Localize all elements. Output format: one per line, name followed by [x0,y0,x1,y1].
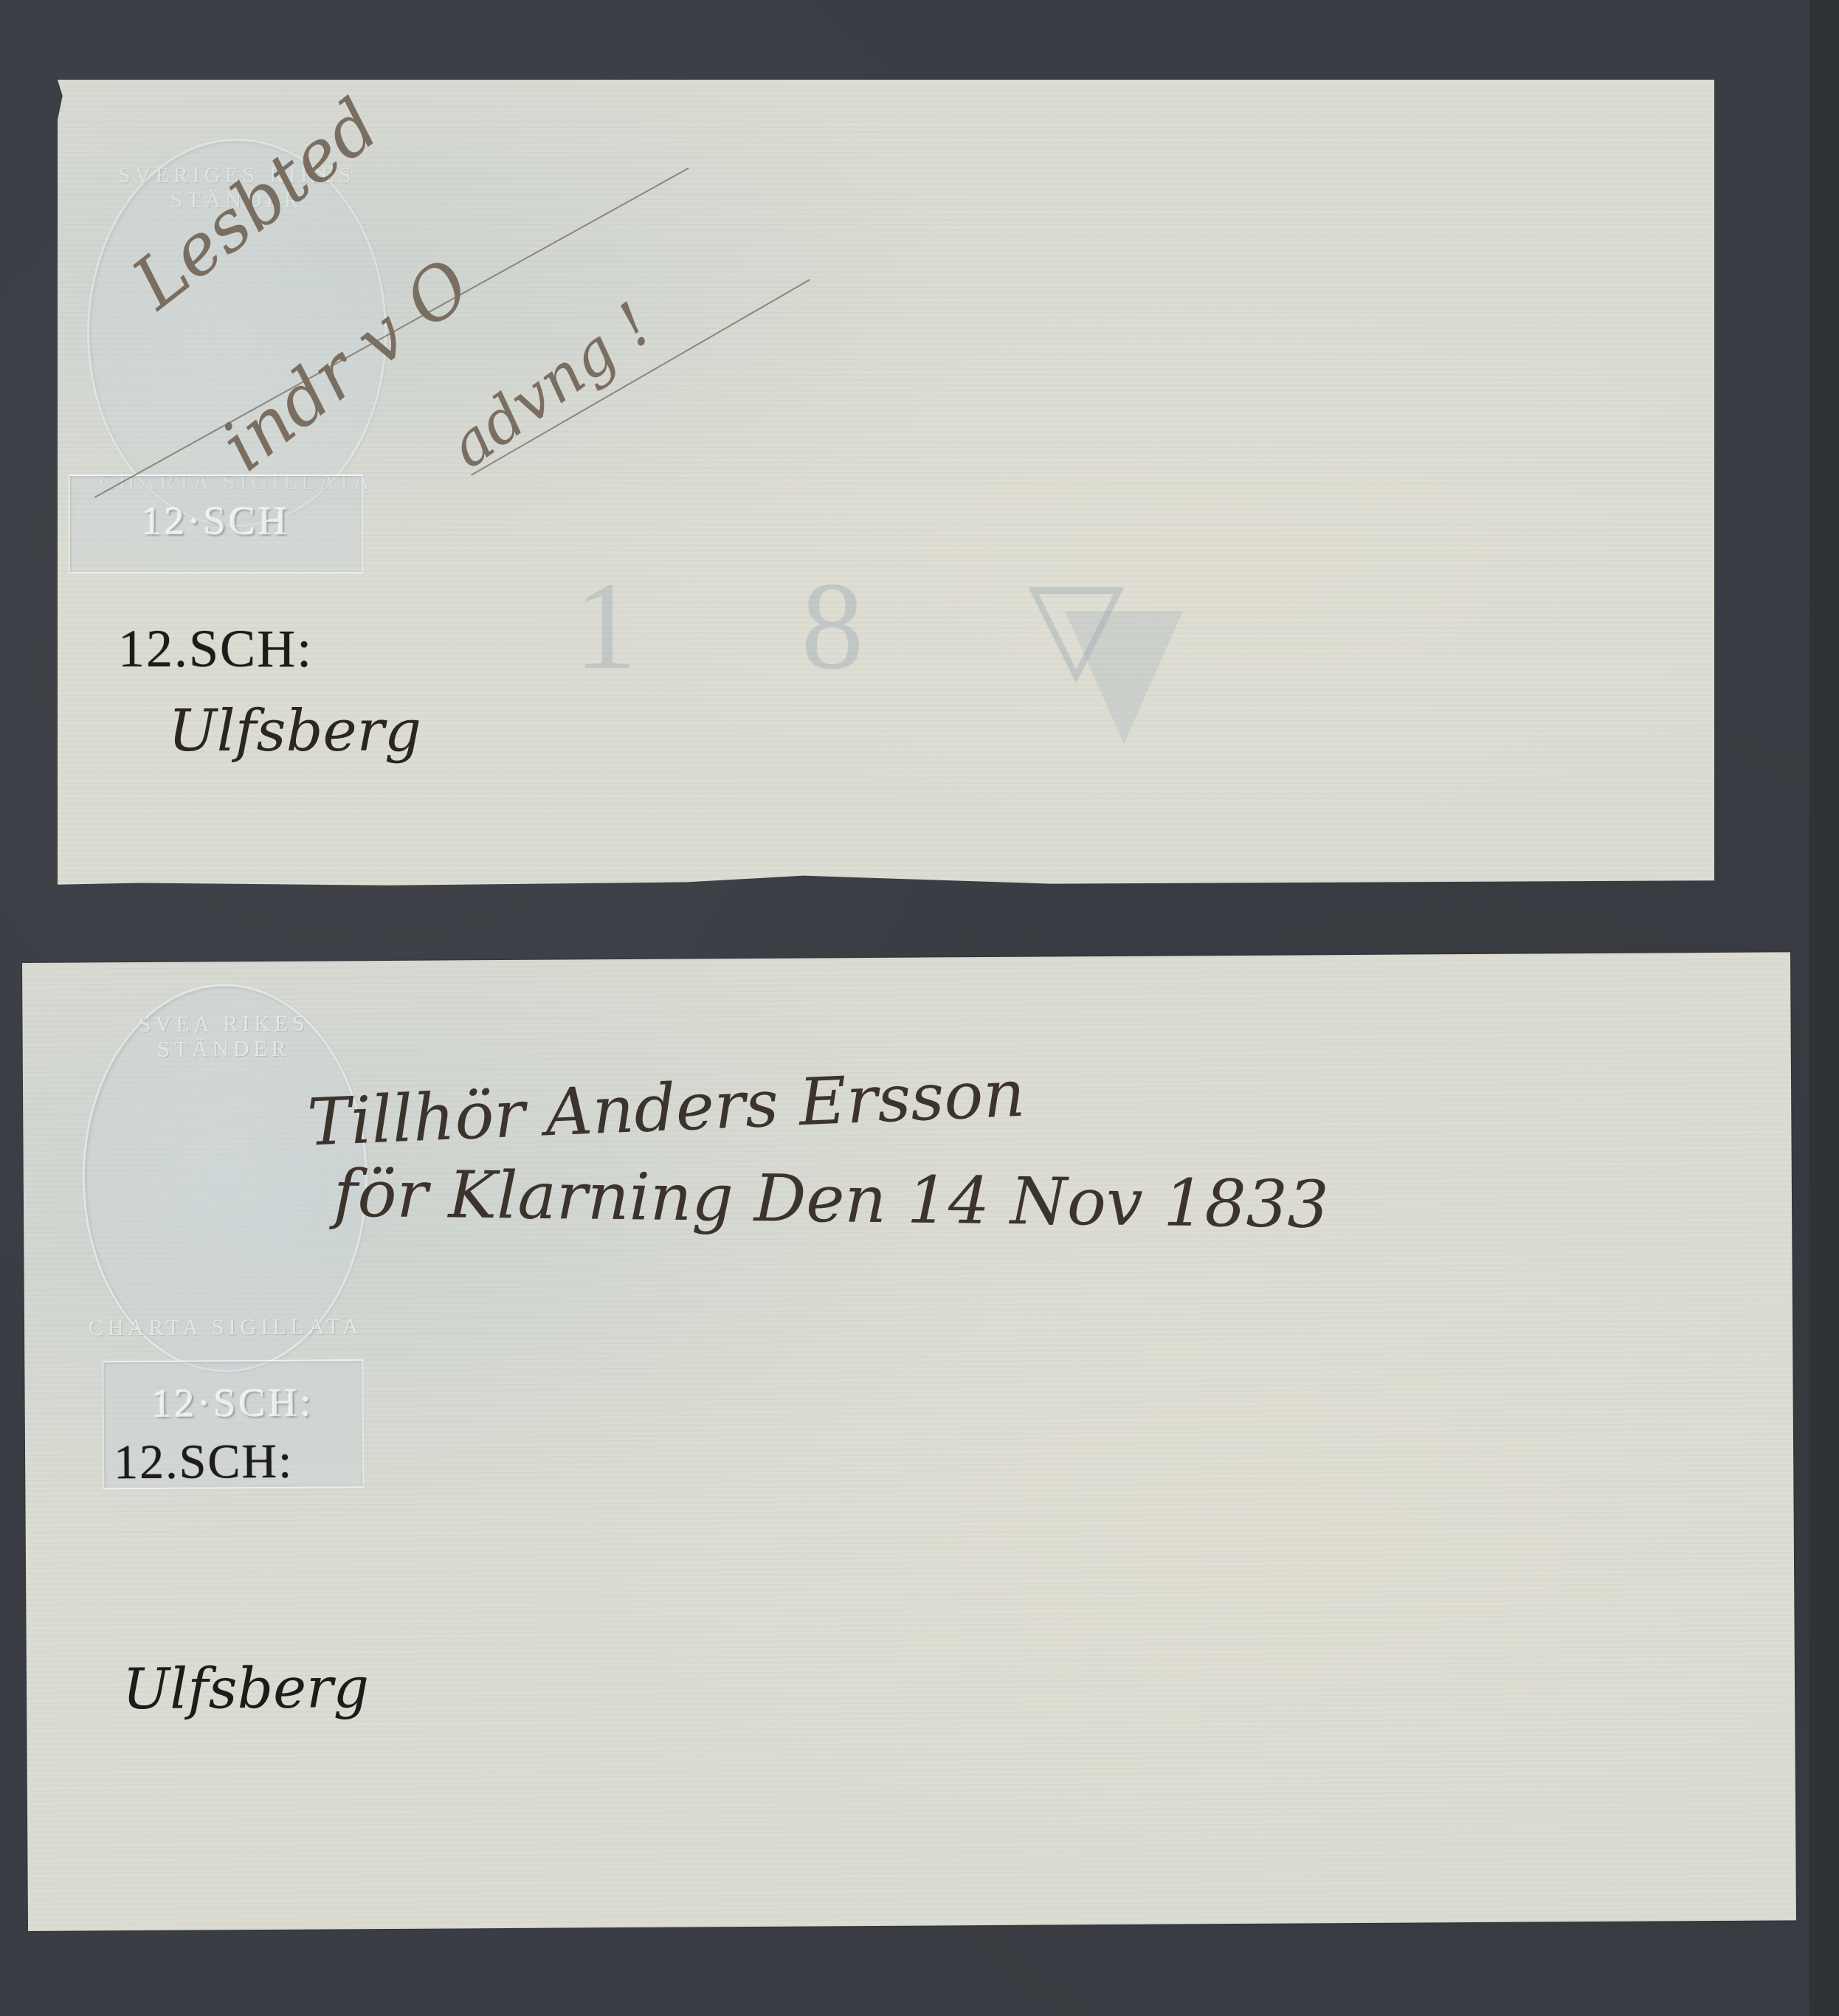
album-page-edge [1809,0,1839,2016]
stamped-paper-bottom: SVEA RIKES STÄNDER CHARTA SIGILLATA 12·S… [22,952,1796,1931]
handstamp-signature: Ulfsberg [168,698,421,764]
embossed-value-box: 12·SCH [69,474,363,573]
watermark-triangle-icon [1065,611,1183,744]
embossed-seal-icon: SVEA RIKES STÄNDER CHARTA SIGILLATA [81,983,368,1373]
embossed-value: 12·SCH: [103,1379,362,1426]
embossed-value: 12·SCH [70,498,362,544]
manuscript-line-1: Tillhör Anders Ersson [306,1055,1027,1161]
handstamp-value: 12.SCH: [114,1434,294,1491]
stamped-paper-top: SVERIGES RIKES STÄNDER CHARTA SIGILLATA … [58,80,1714,887]
manuscript-line-2: för Klarning Den 14 Nov 1833 [333,1156,1329,1243]
handstamp-signature: Ulfsberg [123,1654,370,1722]
seal-legend-bottom: CHARTA SIGILLATA [86,1314,366,1341]
seal-legend-top: SVEA RIKES STÄNDER [83,1011,364,1063]
handstamp-value: 12.SCH: [118,618,313,680]
